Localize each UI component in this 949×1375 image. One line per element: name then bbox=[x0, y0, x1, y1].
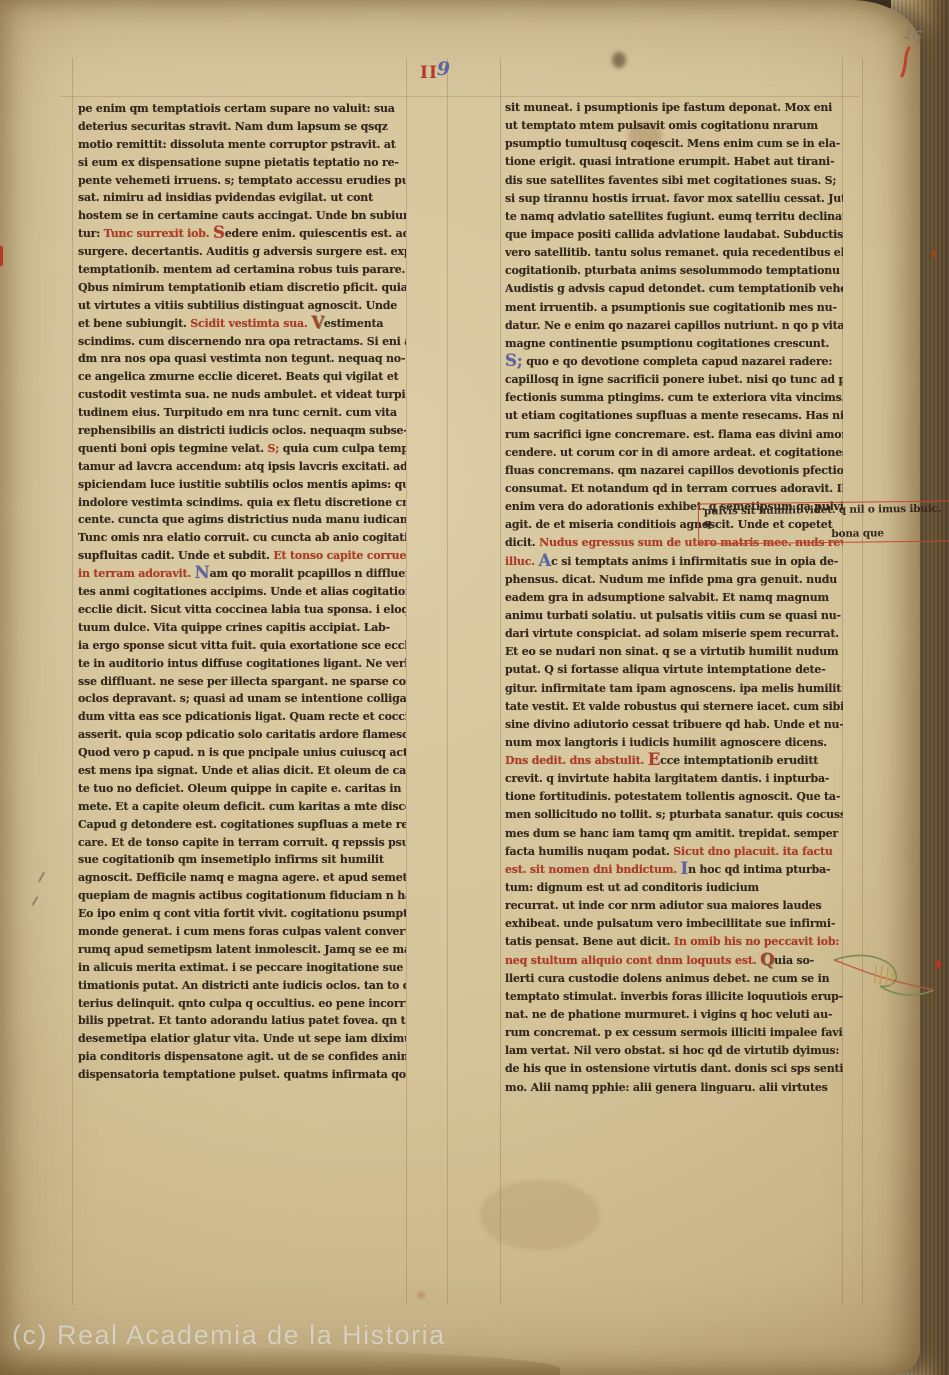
body-text: vero satellitib. tantu solus remanet. qu… bbox=[505, 246, 843, 259]
text-line: Capud g detondere est. cogitationes supf… bbox=[78, 816, 406, 834]
text-line: rephensibilis an districti iudicis oclos… bbox=[78, 422, 406, 440]
text-line: psumptio tumultusq coqescit. Mens enim c… bbox=[505, 135, 843, 153]
body-text: eadem gra in adsumptione salvabit. Et na… bbox=[505, 591, 829, 604]
text-line: tatis pensat. Bene aut dicit. In omib hi… bbox=[505, 933, 843, 951]
text-line: et bene subiungit. Scidit vestimta sua. … bbox=[78, 315, 406, 333]
text-line: si sup tirannu hostis irruat. favor mox … bbox=[505, 190, 843, 208]
body-text: te in auditorio intus diffuse cogitation… bbox=[78, 657, 406, 670]
body-text: tatis pensat. Bene aut dicit. bbox=[505, 935, 674, 948]
body-text: capillosq in igne sacrificii ponere iube… bbox=[505, 373, 843, 386]
text-line: supfluitas cadit. Unde et subdit. Et ton… bbox=[78, 547, 406, 565]
text-line: tudinem eius. Turpitudo em nra tunc cern… bbox=[78, 404, 406, 422]
body-text: edere enim. quiescentis est. ad bbox=[225, 227, 406, 240]
text-line: que impace positi callida advlatione lau… bbox=[505, 226, 843, 244]
text-line: scindims. cum discernendo nra opa retrac… bbox=[78, 333, 406, 351]
body-text: temptationib. mentem ad certamina robus … bbox=[78, 263, 405, 276]
body-text: gitur. infirmitate tam ipam agnoscens. i… bbox=[505, 682, 841, 695]
text-line: in terram adoravit. Nam qo moralit pcapi… bbox=[78, 565, 406, 583]
text-line: tione erigit. quasi intratione erumpit. … bbox=[505, 153, 843, 171]
body-text: rum sacrifici igne concremare. est. flam… bbox=[505, 428, 843, 441]
text-line: tate vestit. Et valde robustus qui stern… bbox=[505, 698, 843, 716]
text-line: neq stultum aliquio cont dnm loquuts est… bbox=[505, 952, 843, 970]
body-text: bilis ppetrat. Et tanto adorandu latius … bbox=[78, 1014, 406, 1027]
body-text: rephensibilis an districti iudicis oclos… bbox=[78, 424, 406, 437]
body-text: fectionis summa ptingims. cum te exterio… bbox=[505, 391, 843, 404]
text-line: tur: Tunc surrexit iob. Sedere enim. qui… bbox=[78, 225, 406, 243]
body-text: de his que in ostensione virtutis dant. … bbox=[505, 1062, 843, 1075]
rubric-text: Sicut dno placuit. ita factu bbox=[673, 845, 832, 858]
text-column-right: sit muneat. i psumptionis ipe fastum dep… bbox=[505, 99, 843, 1097]
body-text: lam vertat. Nil vero obstat. si hoc qd d… bbox=[505, 1044, 839, 1057]
body-text: num mox langtoris i iudicis humilit agno… bbox=[505, 736, 827, 749]
body-text: ut virtutes a vitiis subtilius distingua… bbox=[78, 299, 397, 312]
body-text: Quod vero p capud. n is que pncipale uni… bbox=[78, 746, 406, 759]
text-line: magne continentie psumptionu cogitatione… bbox=[505, 335, 843, 353]
ruling-line bbox=[60, 96, 860, 97]
text-line: bilis ppetrat. Et tanto adorandu latius … bbox=[78, 1012, 406, 1030]
text-line: tes anmi cogitationes accipims. Unde et … bbox=[78, 583, 406, 601]
ruling-line bbox=[447, 58, 448, 1305]
text-line: tione fortitudinis. potestatem tollentis… bbox=[505, 788, 843, 806]
body-text: temptato stimulat. inverbis foras illici… bbox=[505, 990, 843, 1003]
text-line: dis sue satellites faventes sibi met cog… bbox=[505, 172, 843, 190]
text-line: sit muneat. i psumptionis ipe fastum dep… bbox=[505, 99, 843, 117]
text-line: si eum ex dispensatione supne pietatis t… bbox=[78, 154, 406, 172]
body-text: nat. ne de phatione murmuret. i vigins q… bbox=[505, 1008, 832, 1021]
text-line: gitur. infirmitate tam ipam agnoscens. i… bbox=[505, 680, 843, 698]
text-line: Audistis g advsis capud detondet. cum te… bbox=[505, 280, 843, 298]
body-text: ut temptato mtem pulsavit omis cogitatio… bbox=[505, 119, 818, 132]
text-line: S; quo e qo devotione completa capud naz… bbox=[505, 353, 843, 371]
body-text: dum vitta eas sce pdicationis ligat. Qua… bbox=[78, 710, 406, 723]
stain bbox=[480, 1180, 600, 1250]
body-text: pia conditoris dispensatone agit. ut de … bbox=[78, 1050, 406, 1063]
body-text: am qo moralit pcapillos n diffluen- bbox=[210, 567, 406, 580]
body-text: dari virtute conspiciat. ad solam miseri… bbox=[505, 627, 839, 640]
text-line: ut virtutes a vitiis subtilius distingua… bbox=[78, 297, 406, 315]
body-text: pente vehemeti irruens. s; temptato acce… bbox=[78, 174, 406, 187]
body-text: quo e qo devotione completa capud nazare… bbox=[523, 355, 833, 368]
ruling-line bbox=[500, 58, 501, 1305]
body-text: si eum ex dispensatione supne pietatis t… bbox=[78, 156, 399, 169]
body-text: putat. Q si fortasse aliqua virtute inte… bbox=[505, 663, 826, 676]
body-text: et bene subiungit. bbox=[78, 317, 190, 330]
text-line: est mens ipa signat. Unde et alias dicit… bbox=[78, 762, 406, 780]
body-text: ut etiam cogitationes supfluas a mente r… bbox=[505, 409, 843, 422]
text-line: capillosq in igne sacrificii ponere iube… bbox=[505, 371, 843, 389]
body-text: sse diffluant. ne sese per illecta sparg… bbox=[78, 675, 406, 688]
edge-ink-speck bbox=[931, 250, 936, 258]
body-text: cogitationib. pturbata anims sesolummodo… bbox=[505, 264, 843, 277]
body-text: custodit vestimta sua. ne nuds ambulet. … bbox=[78, 388, 406, 401]
text-line: desemetipa elatior glatur vita. Unde ut … bbox=[78, 1030, 406, 1048]
text-line: ment irruentib. a psumptionis sue cogita… bbox=[505, 299, 843, 317]
body-text: spiciendam luce iustitie subtilis oclos … bbox=[78, 478, 406, 491]
body-text: rum concremat. p ex cessum sermois illic… bbox=[505, 1026, 843, 1039]
body-text: men sollicitudo no tollit. s; pturbata s… bbox=[505, 808, 843, 821]
rubric-text: Scidit vestimta sua. bbox=[190, 317, 311, 330]
body-text: pe enim qm temptatiois certam supare no … bbox=[78, 102, 395, 115]
body-text: hostem se in certamine cauts accingat. U… bbox=[78, 209, 406, 222]
text-line: temptato stimulat. inverbis foras illici… bbox=[505, 988, 843, 1006]
body-text: Et eo se nudari non sinat. q se a virtut… bbox=[505, 645, 838, 658]
text-line: facta humilis nuqam podat. Sicut dno pla… bbox=[505, 843, 843, 861]
body-text: facta humilis nuqam podat. bbox=[505, 845, 673, 858]
body-text: in alicuis merita extimat. i se peccare … bbox=[78, 961, 406, 974]
quire-number: II bbox=[420, 63, 438, 83]
body-text: supfluitas cadit. Unde et subdit. bbox=[78, 549, 273, 562]
rubric-text: in terram adoravit. bbox=[78, 567, 195, 580]
text-line: Dns dedit. dns abstulit. Ecce intemptati… bbox=[505, 752, 843, 770]
body-text: animu turbati solatiu. ut pulsatis vitii… bbox=[505, 609, 841, 622]
body-text: motio remittit: dissoluta mente corrupto… bbox=[78, 138, 396, 151]
body-text: tamur ad lavcra accendum: atq ipsis lavc… bbox=[78, 460, 406, 473]
body-text: mo. Alii namq pphie: alii genera linguar… bbox=[505, 1081, 828, 1094]
text-line: eadem gra in adsumptione salvabit. Et na… bbox=[505, 589, 843, 607]
text-line: care. Et de tonso capite in terram corru… bbox=[78, 834, 406, 852]
body-text: te namq advlatio satellites fugiunt. eum… bbox=[505, 210, 843, 223]
pencil-mark bbox=[38, 872, 45, 883]
body-text: timationis putat. An districti ante iudi… bbox=[78, 979, 406, 992]
body-text: dis sue satellites faventes sibi met cog… bbox=[505, 174, 836, 187]
body-text: quenti boni opis tegmine velat. bbox=[78, 442, 268, 455]
ruling-line bbox=[862, 58, 863, 1305]
text-line: vero satellitib. tantu solus remanet. qu… bbox=[505, 244, 843, 262]
body-text: Eo ipo enim q cont vitia fortit vivit. c… bbox=[78, 907, 406, 920]
body-text: dm nra nos opa quasi vestimta non tegunt… bbox=[78, 352, 405, 365]
text-line: quenti boni opis tegmine velat. S; quia … bbox=[78, 440, 406, 458]
text-line: tamur ad lavcra accendum: atq ipsis lavc… bbox=[78, 458, 406, 476]
text-line: cogitationib. pturbata anims sesolummodo… bbox=[505, 262, 843, 280]
body-text: ce angelica zmurne ecclie diceret. Beats… bbox=[78, 370, 399, 383]
text-line: rum sacrifici igne concremare. est. flam… bbox=[505, 426, 843, 444]
body-text: desemetipa elatior glatur vita. Unde ut … bbox=[78, 1032, 406, 1045]
text-line: deterius securitas stravit. Nam dum laps… bbox=[78, 118, 406, 136]
text-line: dari virtute conspiciat. ad solam miseri… bbox=[505, 625, 843, 643]
text-line: phensus. dicat. Nudum me infide pma gra … bbox=[505, 571, 843, 589]
text-line: Tunc omis nra elatio corruit. cu cuncta … bbox=[78, 529, 406, 547]
body-text: tudinem eius. Turpitudo em nra tunc cern… bbox=[78, 406, 397, 419]
text-line: motio remittit: dissoluta mente corrupto… bbox=[78, 136, 406, 154]
pencil-mark bbox=[32, 896, 39, 906]
body-text: mete. Et a capite oleum deficit. cum kar… bbox=[78, 800, 406, 813]
decorated-initial: N bbox=[195, 563, 210, 582]
decorated-initial: V bbox=[311, 313, 324, 332]
body-text: tuum dulce. Vita quippe crines capitis a… bbox=[78, 621, 390, 634]
text-line: crevit. q invirtute habita largitatem da… bbox=[505, 770, 843, 788]
text-line: de his que in ostensione virtutis dant. … bbox=[505, 1060, 843, 1078]
body-text: oclos depravant. s; quasi ad unam se int… bbox=[78, 692, 406, 705]
text-line: animu turbati solatiu. ut pulsatis vitii… bbox=[505, 607, 843, 625]
text-line: num mox langtoris i iudicis humilit agno… bbox=[505, 734, 843, 752]
text-line: surgere. decertantis. Auditis g adversis… bbox=[78, 243, 406, 261]
body-text: phensus. dicat. Nudum me infide pma gra … bbox=[505, 573, 837, 586]
body-text: Capud g detondere est. cogitationes supf… bbox=[78, 818, 406, 831]
body-text: cce intemptationib eruditt bbox=[660, 754, 818, 767]
text-line: Eo ipo enim q cont vitia fortit vivit. c… bbox=[78, 905, 406, 923]
body-text: magne continentie psumptionu cogitatione… bbox=[505, 337, 829, 350]
text-line: ce angelica zmurne ecclie diceret. Beats… bbox=[78, 368, 406, 386]
text-line: indolore vestimta scindims. quia ex flet… bbox=[78, 494, 406, 512]
text-line: ut temptato mtem pulsavit omis cogitatio… bbox=[505, 117, 843, 135]
body-text: llerti cura custodie dolens animus debet… bbox=[505, 972, 829, 985]
body-text: cente. cuncta que agims districtius nuda… bbox=[78, 513, 406, 526]
body-text: Tunc omis nra elatio corruit. cu cuncta … bbox=[78, 531, 406, 544]
body-text: tur: bbox=[78, 227, 104, 240]
marginal-note-line: bona que bbox=[704, 526, 949, 541]
rubric-text: Dns dedit. dns abstulit. bbox=[505, 754, 648, 767]
ruling-line bbox=[406, 58, 407, 1305]
body-text: deterius securitas stravit. Nam dum laps… bbox=[78, 120, 388, 133]
text-line: pia conditoris dispensatone agit. ut de … bbox=[78, 1048, 406, 1066]
text-line: men sollicitudo no tollit. s; pturbata s… bbox=[505, 806, 843, 824]
text-line: ut etiam cogitationes supfluas a mente r… bbox=[505, 407, 843, 425]
text-line: putat. Q si fortasse aliqua virtute inte… bbox=[505, 661, 843, 679]
text-line: nat. ne de phatione murmuret. i vigins q… bbox=[505, 1006, 843, 1024]
body-text: consumat. Et notandum qd in terram corru… bbox=[505, 482, 843, 495]
body-text: fluas concremans. qm nazarei capillos de… bbox=[505, 464, 843, 477]
body-text: datur. Ne e enim qo nazarei capillos nut… bbox=[505, 319, 843, 332]
body-text: dispensatoria temptatione pulset. quatms… bbox=[78, 1068, 406, 1081]
text-line: mes dum se hanc iam tamq qm amitit. trep… bbox=[505, 825, 843, 843]
text-line: sine divino adiutorio cessat tribuere qd… bbox=[505, 716, 843, 734]
body-text: n hoc qd intima pturba- bbox=[688, 863, 830, 876]
text-line: mo. Alii namq pphie: alii genera linguar… bbox=[505, 1079, 843, 1097]
rubric-text: In omib his no peccavit iob: bbox=[674, 935, 839, 948]
rubric-text: Et tonso capite corrues bbox=[273, 549, 406, 562]
body-text: monde generat. i cum mens foras culpas v… bbox=[78, 925, 406, 938]
text-line: mete. Et a capite oleum deficit. cum kar… bbox=[78, 798, 406, 816]
body-text: si sup tirannu hostis irruat. favor mox … bbox=[505, 192, 843, 205]
text-line: asserit. quia scop pdicatio solo caritat… bbox=[78, 726, 406, 744]
text-line: Quod vero p capud. n is que pncipale uni… bbox=[78, 744, 406, 762]
text-line: quepiam de magnis actibus cogitationum f… bbox=[78, 887, 406, 905]
text-column-left: pe enim qm temptatiois certam supare no … bbox=[78, 100, 406, 1084]
text-line: te tuo no deficiet. Oleum quippe in capi… bbox=[78, 780, 406, 798]
text-line: agnoscit. Defficile namq e magna agere. … bbox=[78, 869, 406, 887]
body-text: te tuo no deficiet. Oleum quippe in capi… bbox=[78, 782, 401, 795]
text-line: rum concremat. p ex cessum sermois illic… bbox=[505, 1024, 843, 1042]
body-text: sat. nimiru ad insidias pvidendas evigil… bbox=[78, 191, 373, 204]
decorated-initial: E bbox=[648, 750, 660, 769]
rubric-text: neq stultum aliquio cont dnm loquuts est… bbox=[505, 954, 760, 967]
body-text: que impace positi callida advlatione lau… bbox=[505, 228, 843, 241]
parchment-page: II9 16 pe enim qm temptatiois certam sup… bbox=[0, 0, 920, 1375]
body-text: agnoscit. Defficile namq e magna agere. … bbox=[78, 871, 406, 884]
body-text: terius delinquit. qnto culpa q occultius… bbox=[78, 997, 406, 1010]
text-line: consumat. Et notandum qd in terram corru… bbox=[505, 480, 843, 498]
watermark: (c) Real Academia de la Historia bbox=[12, 1320, 446, 1351]
body-text: mes dum se hanc iam tamq qm amitit. trep… bbox=[505, 827, 838, 840]
text-line: ecclie dicit. Sicut vitta coccinea labia… bbox=[78, 601, 406, 619]
text-line: exhibeat. unde pulsatum vero imbecillita… bbox=[505, 915, 843, 933]
red-margin-tick bbox=[0, 246, 3, 266]
decorated-initial: Q bbox=[760, 950, 774, 969]
body-text: scindims. cum discernendo nra opa retrac… bbox=[78, 335, 406, 348]
body-text: rumq apud semetipsm latent inmolescit. J… bbox=[78, 943, 406, 956]
body-text: Audistis g advsis capud detondet. cum te… bbox=[505, 282, 843, 295]
red-folio-stroke-icon bbox=[899, 46, 913, 82]
text-line: monde generat. i cum mens foras culpas v… bbox=[78, 923, 406, 941]
text-line: terius delinquit. qnto culpa q occultius… bbox=[78, 995, 406, 1013]
body-text: tione erigit. quasi intratione erumpit. … bbox=[505, 155, 834, 168]
manuscript-scan: II9 16 pe enim qm temptatiois certam sup… bbox=[0, 0, 949, 1375]
text-line: ia ergo sponse sicut vitta fuit. quia ex… bbox=[78, 637, 406, 655]
text-line: custodit vestimta sua. ne nuds ambulet. … bbox=[78, 386, 406, 404]
text-line: fectionis summa ptingims. cum te exterio… bbox=[505, 389, 843, 407]
body-text: ment irruentib. a psumptionis sue cogita… bbox=[505, 301, 837, 314]
rubric-text: est. sit nomen dni bndictum. bbox=[505, 863, 681, 876]
body-text: tate vestit. Et valde robustus qui stern… bbox=[505, 700, 843, 713]
decorated-initial: I bbox=[681, 859, 689, 878]
text-line: te namq advlatio satellites fugiunt. eum… bbox=[505, 208, 843, 226]
text-line: rumq apud semetipsm latent inmolescit. J… bbox=[78, 941, 406, 959]
body-text: tum: dignum est ut ad conditoris iudiciu… bbox=[505, 881, 759, 894]
body-text: ia ergo sponse sicut vitta fuit. quia ex… bbox=[78, 639, 406, 652]
body-text: sit muneat. i psumptionis ipe fastum dep… bbox=[505, 101, 832, 114]
body-text: recurrat. ut inde cor nrm adiutor sua ma… bbox=[505, 899, 822, 912]
body-text: tes anmi cogitationes accipims. Unde et … bbox=[78, 585, 406, 598]
text-line: spiciendam luce iustitie subtilis oclos … bbox=[78, 476, 406, 494]
body-text: quepiam de magnis actibus cogitationum f… bbox=[78, 889, 406, 902]
pen-flourish-icon bbox=[830, 948, 940, 1014]
decorated-initial: S bbox=[213, 223, 225, 242]
text-line: dispensatoria temptatione pulset. quatms… bbox=[78, 1066, 406, 1084]
text-line: in alicuis merita extimat. i se peccare … bbox=[78, 959, 406, 977]
body-text: estimenta bbox=[324, 317, 384, 330]
text-line: oclos depravant. s; quasi ad unam se int… bbox=[78, 690, 406, 708]
text-line: lam vertat. Nil vero obstat. si hoc qd d… bbox=[505, 1042, 843, 1060]
body-text: sine divino adiutorio cessat tribuere qd… bbox=[505, 718, 843, 731]
body-text: c si temptats anims i infirmitatis sue i… bbox=[551, 555, 838, 568]
body-text: asserit. quia scop pdicatio solo caritat… bbox=[78, 728, 406, 741]
text-line: tuum dulce. Vita quippe crines capitis a… bbox=[78, 619, 406, 637]
ink-blot bbox=[612, 52, 626, 68]
decorated-initial: S; bbox=[505, 351, 523, 370]
body-text: psumptio tumultusq coqescit. Mens enim c… bbox=[505, 137, 840, 150]
text-line: cendere. ut corum cor in di amore ardeat… bbox=[505, 444, 843, 462]
text-line: dm nra nos opa quasi vestimta non tegunt… bbox=[78, 350, 406, 368]
text-line: Qbus nimirum temptationib etiam discreti… bbox=[78, 279, 406, 297]
rubric-text: S; bbox=[268, 442, 280, 455]
rubric-text: illuc. bbox=[505, 555, 539, 568]
body-text: est mens ipa signat. Unde et alias dicit… bbox=[78, 764, 406, 777]
text-line: sue cogitationib qm insemetiplo infirms … bbox=[78, 851, 406, 869]
body-text: tione fortitudinis. potestatem tollentis… bbox=[505, 790, 840, 803]
text-line: datur. Ne e enim qo nazarei capillos nut… bbox=[505, 317, 843, 335]
text-line: sse diffluant. ne sese per illecta sparg… bbox=[78, 673, 406, 691]
text-line: temptationib. mentem ad certamina robus … bbox=[78, 261, 406, 279]
quire-mark: II9 bbox=[420, 58, 450, 83]
text-line: illuc. Ac si temptats anims i infirmitat… bbox=[505, 553, 843, 571]
body-text: care. Et de tonso capite in terram corru… bbox=[78, 836, 406, 849]
text-line: sat. nimiru ad insidias pvidendas evigil… bbox=[78, 189, 406, 207]
body-text: ecclie dicit. Sicut vitta coccinea labia… bbox=[78, 603, 406, 616]
text-line: pente vehemeti irruens. s; temptato acce… bbox=[78, 172, 406, 190]
body-text: exhibeat. unde pulsatum vero imbecillita… bbox=[505, 917, 835, 930]
rubric-text: Tunc surrexit iob. bbox=[104, 227, 213, 240]
text-line: llerti cura custodie dolens animus debet… bbox=[505, 970, 843, 988]
text-line: cente. cuncta que agims districtius nuda… bbox=[78, 511, 406, 529]
body-text: surgere. decertantis. Auditis g adversis… bbox=[78, 245, 406, 258]
text-line: hostem se in certamine cauts accingat. U… bbox=[78, 207, 406, 225]
body-text: quia cum culpa temp- bbox=[279, 442, 406, 455]
body-text: Qbus nimirum temptationib etiam discreti… bbox=[78, 281, 406, 294]
text-line: est. sit nomen dni bndictum. In hoc qd i… bbox=[505, 861, 843, 879]
text-line: fluas concremans. qm nazarei capillos de… bbox=[505, 462, 843, 480]
body-text: uia so- bbox=[774, 954, 814, 967]
body-text: dicit. bbox=[505, 536, 539, 549]
ruling-line bbox=[72, 58, 73, 1305]
body-text: crevit. q invirtute habita largitatem da… bbox=[505, 772, 829, 785]
text-line: Et eo se nudari non sinat. q se a virtut… bbox=[505, 643, 843, 661]
text-line: pe enim qm temptatiois certam supare no … bbox=[78, 100, 406, 118]
body-text: indolore vestimta scindims. quia ex flet… bbox=[78, 496, 406, 509]
text-line: timationis putat. An districti ante iudi… bbox=[78, 977, 406, 995]
text-line: tum: dignum est ut ad conditoris iudiciu… bbox=[505, 879, 843, 897]
stain bbox=[418, 1292, 424, 1298]
quire-flourish: 9 bbox=[437, 58, 450, 80]
marginal-note-line: pulvis sit humilit videt. q nil o imus i… bbox=[704, 502, 949, 529]
text-line: recurrat. ut inde cor nrm adiutor sua ma… bbox=[505, 897, 843, 915]
body-text: sue cogitationib qm insemetiplo infirms … bbox=[78, 853, 384, 866]
text-line: dum vitta eas sce pdicationis ligat. Qua… bbox=[78, 708, 406, 726]
decorated-initial: A bbox=[539, 551, 552, 570]
text-line: te in auditorio intus diffuse cogitation… bbox=[78, 655, 406, 673]
marginal-note: pulvis sit humilit videt. q nil o imus i… bbox=[698, 500, 949, 544]
body-text: cendere. ut corum cor in di amore ardeat… bbox=[505, 446, 843, 459]
